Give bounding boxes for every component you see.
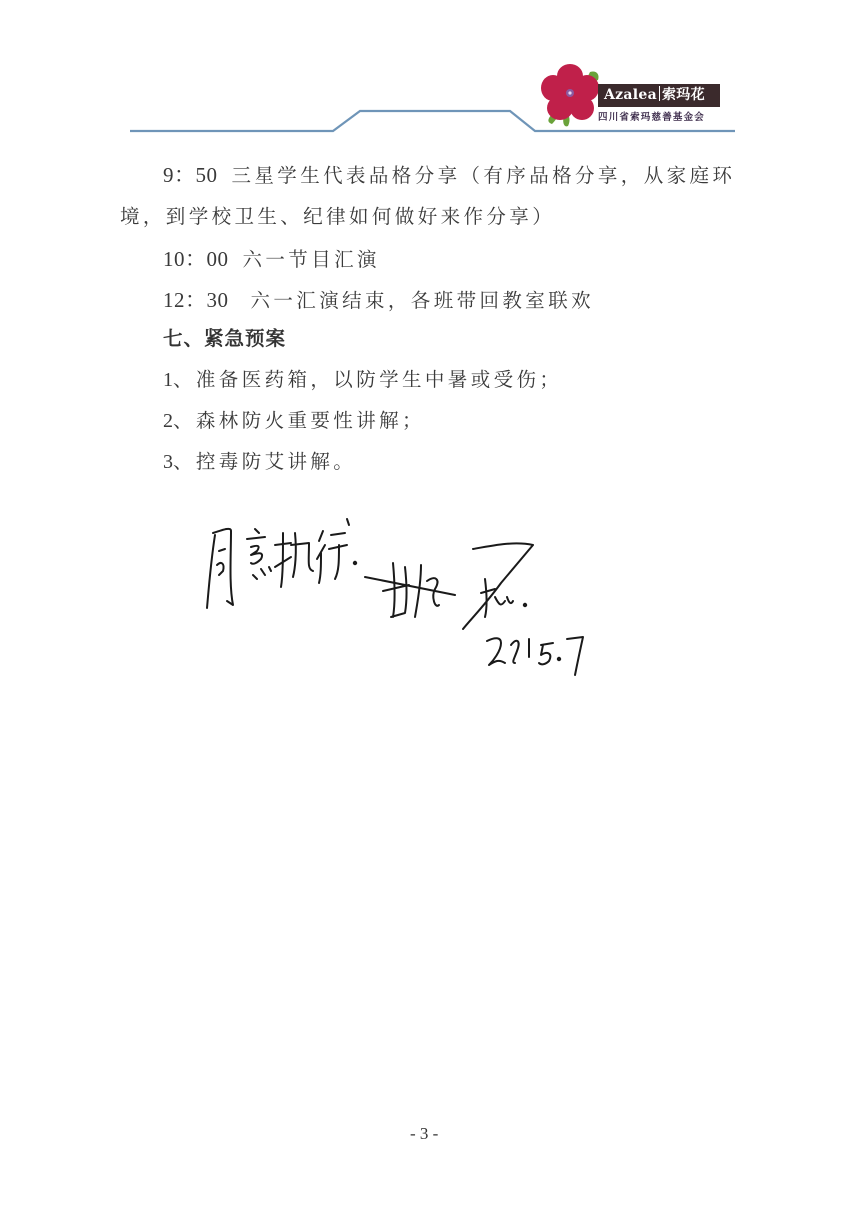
- schedule-text: 三星学生代表品格分享（有序品格分享，从家庭环: [232, 164, 736, 187]
- schedule-item-1000: 10：00六一节目汇演: [163, 246, 380, 273]
- logo-separator: [659, 86, 660, 101]
- logo-brand-cn: 索玛花: [662, 87, 705, 103]
- logo-brand-box: Azalea索玛花: [598, 84, 720, 107]
- azalea-flower-icon: [540, 62, 604, 128]
- page-number: - 3 -: [410, 1124, 438, 1144]
- document-page: Azalea索玛花 四川省索玛慈善基金会 9：50三星学生代表品格分享（有序品格…: [0, 0, 860, 1216]
- schedule-text: 六一节目汇演: [243, 248, 380, 271]
- logo-brand-en: Azalea: [604, 87, 657, 103]
- schedule-item-1230: 12：30六一汇演结束，各班带回教室联欢: [163, 287, 594, 314]
- schedule-time: 10：00: [163, 247, 229, 271]
- schedule-time: 9：50: [163, 163, 218, 187]
- foundation-logo: Azalea索玛花 四川省索玛慈善基金会: [540, 62, 725, 132]
- item-number: 3: [163, 451, 173, 473]
- item-text: 、准备医药箱，以防学生中暑或受伤；: [173, 368, 562, 391]
- schedule-text: 六一汇演结束，各班带回教室联欢: [251, 289, 595, 312]
- logo-subtitle: 四川省索玛慈善基金会: [598, 109, 705, 123]
- emergency-item-3: 3、控毒防艾讲解。: [163, 449, 356, 475]
- item-text: 、森林防火重要性讲解；: [173, 409, 425, 432]
- item-text: 、控毒防艾讲解。: [173, 450, 356, 473]
- schedule-item-0950-continued: 境，到学校卫生、纪律如何做好来作分享）: [120, 204, 555, 230]
- schedule-item-0950: 9：50三星学生代表品格分享（有序品格分享，从家庭环: [163, 162, 735, 189]
- handwritten-signature: [195, 505, 605, 685]
- section-heading-emergency-plan: 七、紧急预案: [163, 326, 286, 352]
- emergency-item-2: 2、森林防火重要性讲解；: [163, 408, 425, 434]
- item-number: 2: [163, 410, 173, 432]
- emergency-item-1: 1、准备医药箱，以防学生中暑或受伤；: [163, 367, 562, 393]
- header-divider-line: [0, 0, 860, 140]
- item-number: 1: [163, 369, 173, 391]
- schedule-time: 12：30: [163, 288, 229, 312]
